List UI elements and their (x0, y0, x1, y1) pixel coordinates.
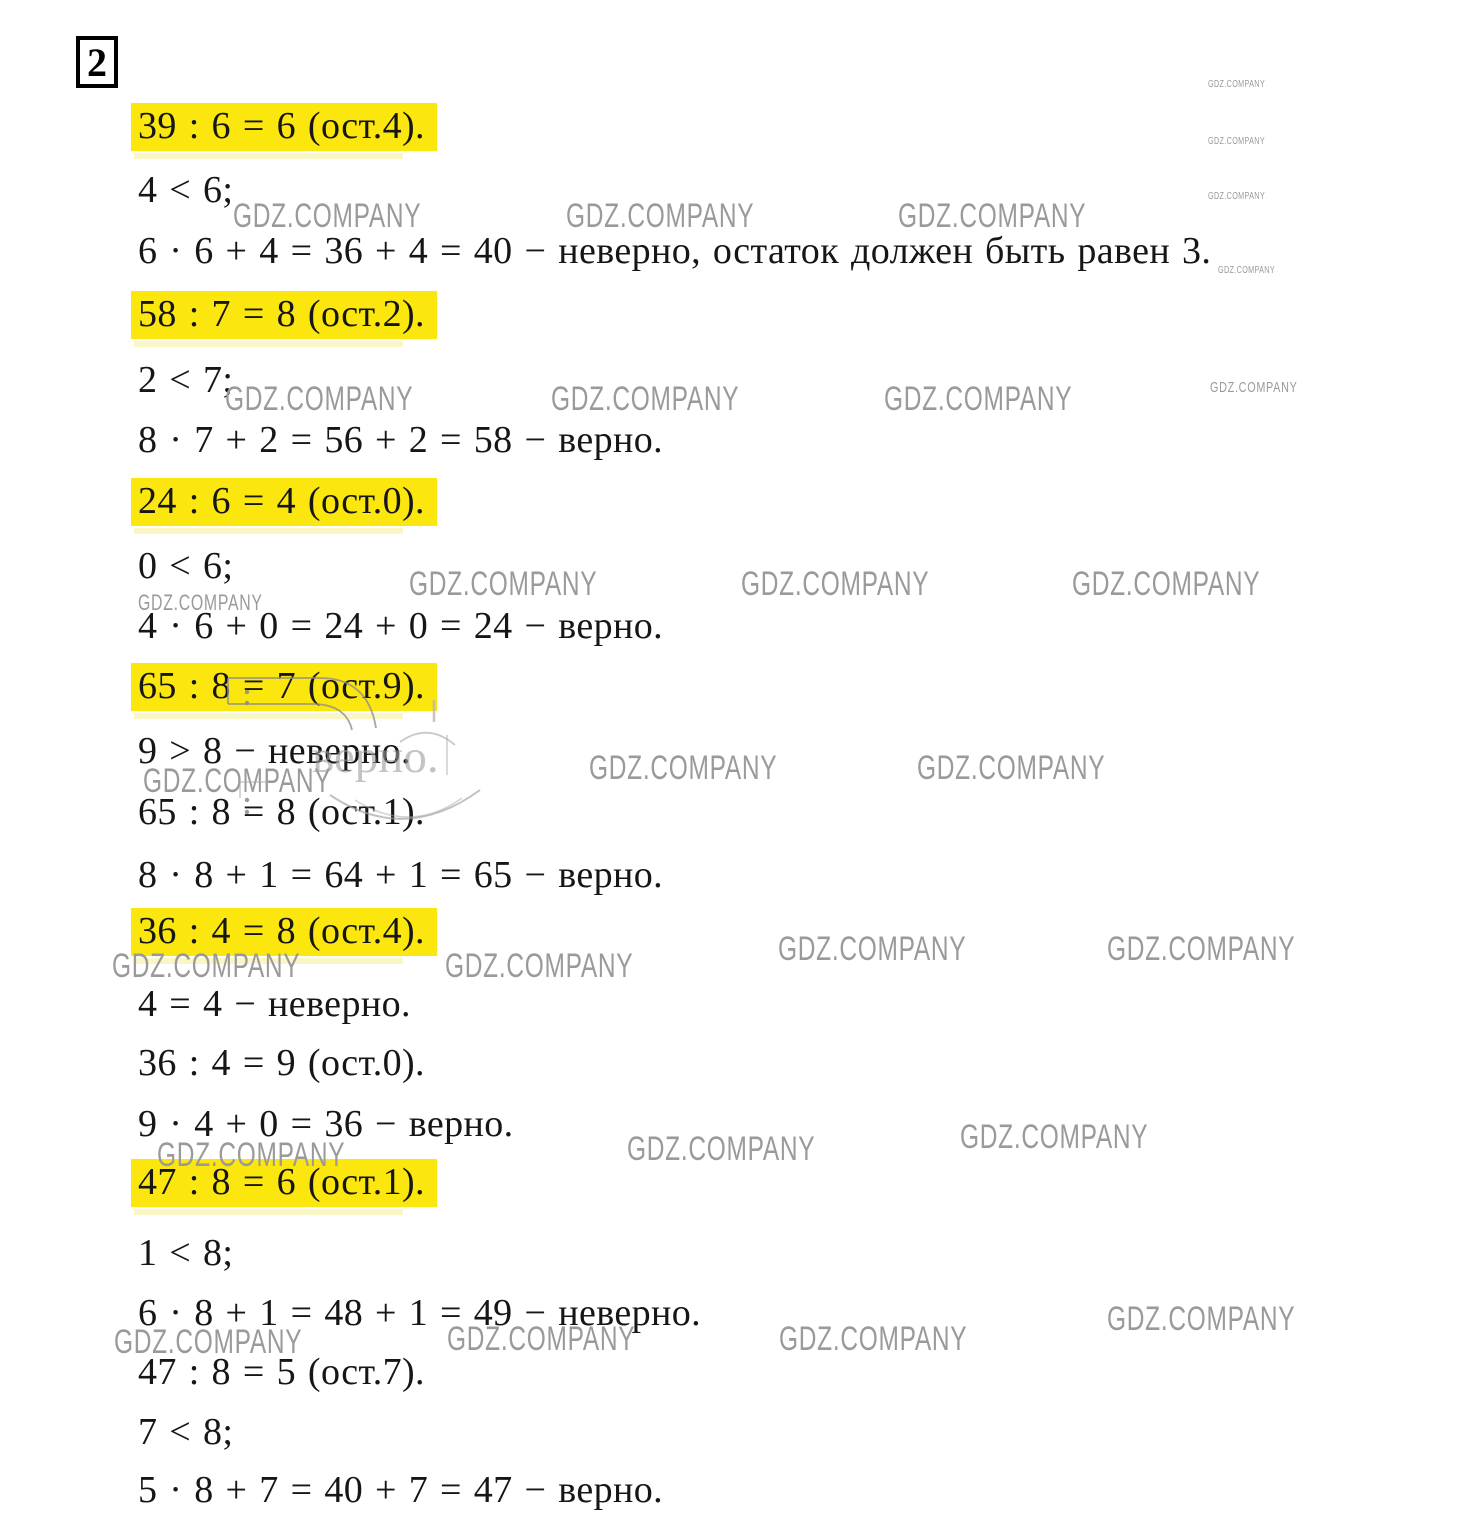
watermark: GDZ.COMPANY (1208, 79, 1265, 90)
watermark: GDZ.COMPANY (447, 1320, 635, 1359)
watermark: GDZ.COMPANY (1208, 191, 1265, 202)
watermark: GDZ.COMPANY (1107, 930, 1295, 969)
watermark: GDZ.COMPANY (138, 590, 263, 616)
solution-line: 8 · 8 + 1 = 64 + 1 = 65 − верно. (138, 855, 663, 895)
solution-line: 4 < 6; (138, 170, 233, 210)
watermark: GDZ.COMPANY (143, 762, 331, 801)
watermark: GDZ.COMPANY (1208, 136, 1265, 147)
solution-line: 1 < 8; (138, 1233, 233, 1273)
watermark: GDZ.COMPANY (960, 1118, 1148, 1157)
watermark: GDZ.COMPANY (1218, 265, 1275, 276)
watermark: GDZ.COMPANY (589, 749, 777, 788)
problem-number-box: 2 (76, 36, 118, 88)
watermark: GDZ.COMPANY (917, 749, 1105, 788)
watermark: GDZ.COMPANY (114, 1323, 302, 1362)
watermark: GDZ.COMPANY (741, 565, 929, 604)
watermark: GDZ.COMPANY (157, 1136, 345, 1175)
solution-line-highlighted: 58 : 7 = 8 (ост.2). (131, 291, 437, 339)
watermark: GDZ.COMPANY (627, 1130, 815, 1169)
watermark: GDZ.COMPANY (551, 380, 739, 419)
solution-line: 2 < 7; (138, 360, 233, 400)
watermark: GDZ.COMPANY (779, 1320, 967, 1359)
solution-line-highlighted: 39 : 6 = 6 (ост.4). (131, 103, 437, 151)
watermark: GDZ.COMPANY (898, 197, 1086, 236)
watermark: GDZ.COMPANY (112, 947, 300, 986)
solution-line: 4 = 4 − неверно. (138, 984, 411, 1024)
solution-line: 36 : 4 = 9 (ост.0). (138, 1043, 425, 1083)
watermark: GDZ.COMPANY (233, 197, 421, 236)
watermark: GDZ.COMPANY (884, 380, 1072, 419)
watermark: GDZ.COMPANY (566, 197, 754, 236)
solution-line-highlighted: 24 : 6 = 4 (ост.0). (131, 478, 437, 526)
solution-page: 2 39 : 6 = 6 (ост.4). 4 < 6; 6 · 6 + 4 =… (0, 0, 1460, 1533)
solution-line: 6 · 6 + 4 = 36 + 4 = 40 − неверно, остат… (138, 231, 1211, 271)
solution-line: 7 < 8; (138, 1412, 233, 1452)
watermark: GDZ.COMPANY (1107, 1300, 1295, 1339)
solution-line: 0 < 6; (138, 546, 233, 586)
watermark: GDZ.COMPANY (225, 380, 413, 419)
watermark: GDZ.COMPANY (1072, 565, 1260, 604)
watermark: GDZ.COMPANY (778, 930, 966, 969)
watermark: GDZ.COMPANY (445, 947, 633, 986)
watermark: GDZ.COMPANY (409, 565, 597, 604)
solution-line-highlighted: 65 : 8 = 7 (ост.9). (131, 663, 437, 711)
watermark: GDZ.COMPANY (1210, 379, 1298, 396)
solution-line: 8 · 7 + 2 = 56 + 2 = 58 − верно. (138, 420, 663, 460)
solution-line: 5 · 8 + 7 = 40 + 7 = 47 − верно. (138, 1470, 663, 1510)
